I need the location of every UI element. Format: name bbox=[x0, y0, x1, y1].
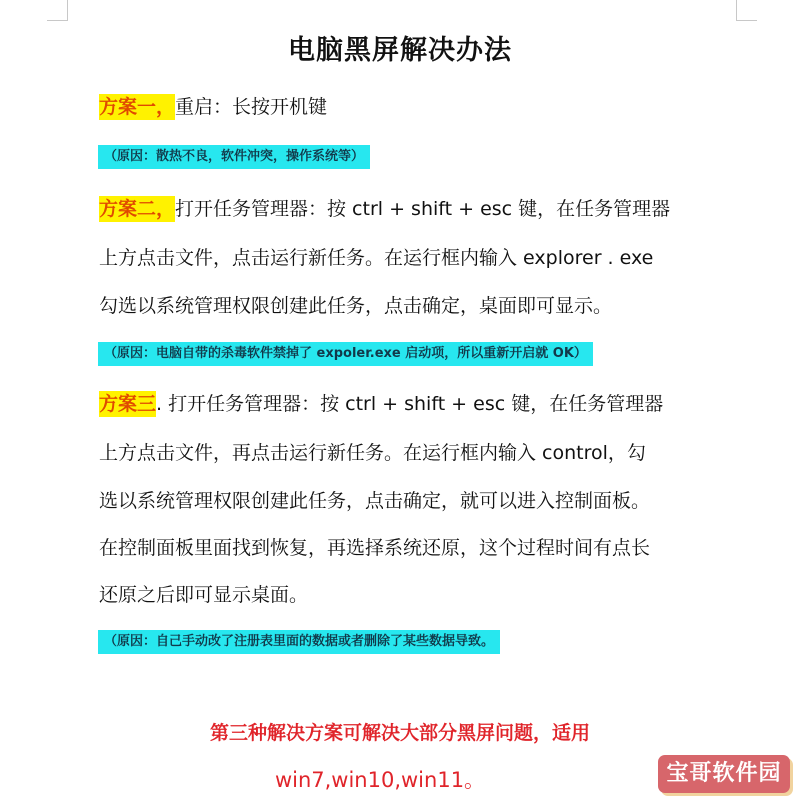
plan-3-line-2: 上方点击文件，再点击运行新任务。在运行框内输入 control，勾 bbox=[99, 438, 646, 465]
plan-3-label: 方案三 bbox=[99, 391, 156, 417]
plan-2-label: 方案二， bbox=[99, 196, 175, 222]
conclusion-line-1: 第三种解决方案可解决大部分黑屏问题，适用 bbox=[0, 718, 800, 745]
plan-3-line-5: 还原之后即可显示桌面。 bbox=[99, 580, 308, 607]
plan-2-line-3: 勾选以系统管理权限创建此任务，点击确定，桌面即可显示。 bbox=[99, 291, 612, 318]
plan-3-line-4: 在控制面板里面找到恢复，再选择系统还原，这个过程时间有点长 bbox=[99, 533, 650, 560]
plan-1-label: 方案一， bbox=[99, 94, 175, 120]
page-corner-mark-left bbox=[47, 0, 68, 21]
plan-2-line-2: 上方点击文件，点击运行新任务。在运行框内输入 explorer . exe bbox=[99, 243, 653, 270]
plan-3-text-1: . 打开任务管理器：按 ctrl + shift + esc 键，在任务管理器 bbox=[156, 393, 663, 415]
page-corner-mark-right bbox=[736, 0, 757, 21]
plan-3-line-3: 选以系统管理权限创建此任务，点击确定，就可以进入控制面板。 bbox=[99, 486, 650, 513]
plan-1-line-1: 方案一，重启：长按开机键 bbox=[99, 92, 327, 119]
plan-2-note: （原因：电脑自带的杀毒软件禁掉了 expoler.exe 启动项，所以重新开启就… bbox=[98, 342, 593, 366]
plan-2-text-1: 打开任务管理器：按 ctrl + shift + esc 键，在任务管理器 bbox=[175, 198, 670, 220]
plan-2-line-1: 方案二，打开任务管理器：按 ctrl + shift + esc 键，在任务管理… bbox=[99, 194, 670, 221]
plan-1-note: （原因：散热不良，软件冲突，操作系统等） bbox=[98, 145, 370, 169]
plan-3-note: （原因：自己手动改了注册表里面的数据或者删除了某些数据导致。 bbox=[98, 630, 500, 654]
plan-3-line-1: 方案三. 打开任务管理器：按 ctrl + shift + esc 键，在任务管… bbox=[99, 389, 663, 416]
document-title: 电脑黑屏解决办法 bbox=[0, 28, 800, 67]
watermark-badge: 宝哥软件园 bbox=[658, 755, 790, 793]
plan-1-text: 重启：长按开机键 bbox=[175, 96, 327, 118]
